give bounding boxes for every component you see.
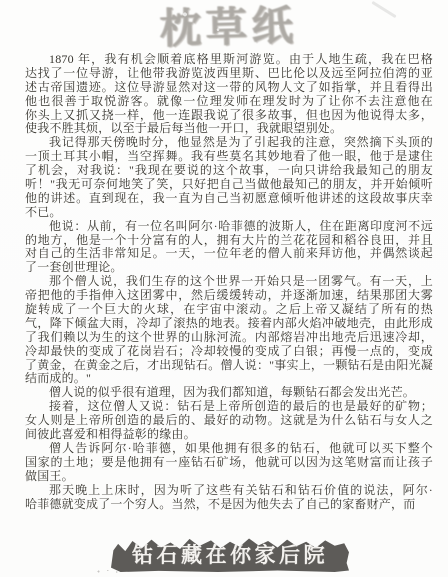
text-line: 他也很善于取悦游客。就像一位理发师在理发时为了让你不去注意他在 [25,95,433,109]
text-line: 述古帝国遗迹。这位导游显然对这一带的风物人文了如指掌，并且看得出 [25,81,433,95]
chapter-stamp-title: 枕草纸 [159,0,298,55]
text-line: 一顶土耳其小帽，当空挥舞。我有些莫名其妙地看了他一眼，他于是逮住 [25,150,433,164]
text-line: 做国王。 [25,470,433,484]
text-line: 了我们赖以为生的这个世界的山脉河流。内部熔岩冲出地壳后迅速冷却， [25,331,433,345]
text-line: 哈菲德就变成了一个穷人。当然，不是因为他失去了自己的家畜财产，而 [25,498,433,512]
text-line: 旋转成了一个巨大的火球，在宇宙中滚动。之后上帝又凝结了所有的热 [25,303,433,317]
text-line: 的地方，他是一个十分富有的人，拥有大片的兰花花园和稻谷良田，并且 [25,234,433,248]
text-line: 他说：从前，有一位名叫阿尔·哈菲德的波斯人，住在距离印度河不远 [25,220,433,234]
text-line: 达找了一位导游，让他带我游览波西里斯、巴比伦以及远至阿拉伯湾的亚 [25,67,433,81]
text-line: 接着，这位僧人又说：钻石是上帝所创造的最后的也是最好的矿物； [25,400,433,414]
text-line: 僧人说的似乎很有道理，因为我们都知道，每颗钻石都会发出光芒。 [25,386,433,400]
text-line: 了一套创世理论。 [25,261,433,275]
text-line: 对自己的生活非常知足。一天，一位年老的僧人前来拜访他，并偶然谈起 [25,247,433,261]
text-line: 他的讲述。直到现在，我一直为自己当初愿意倾听他讲述的这段故事庆幸 [25,192,433,206]
text-line: 僧人告诉阿尔·哈菲德，如果他拥有很多的钻石，他就可以买下整个 [25,442,433,456]
text-line: 那天晚上上床时，因为听了这些有关钻石和钻石价值的说法，阿尔· [25,484,433,498]
footer-banner: 钻石藏在你家后院 [111,536,349,572]
text-line: 不已。 [25,206,433,220]
text-line: 气，降下倾盆大雨，冷却了滚热的地表。接着内部火焰冲破地壳，由此形成 [25,317,433,331]
text-line: 女人则是上帝所创造的最后的、最好的动物。这就是为什么钻石与女人之 [25,414,433,428]
text-line: 你头上又抓又挠一样，他一连跟我说了很多故事，但也因为他说得太多， [25,109,433,123]
scan-smudge [371,1,396,18]
text-line: 使我不胜其烦，以至于最后每当他一开口，我就眼望别处。 [25,122,433,136]
text-line: 冷却最快的变成了花岗岩石；冷却较慢的变成了白银；再慢一点的，变成 [25,345,433,359]
footer-banner-title: 钻石藏在你家后院 [111,539,349,569]
text-line: 结而成的。" [25,372,433,386]
body-text: 1870 年，我有机会顺着底格里斯河游览。由于人地生疏，我在巴格达找了一位导游，… [25,53,433,511]
text-line: 了机会，对我说："我现在要说的这个故事，一向只讲给我最知己的朋友 [25,164,433,178]
text-line: 我记得那天傍晚时分，他显然是为了引起我的注意，突然摘下头顶的 [25,136,433,150]
text-line: 国家的土地；要是他拥有一座钻石矿场，他就可以因为这笔财富而让孩子 [25,456,433,470]
text-line: 1870 年，我有机会顺着底格里斯河游览。由于人地生疏，我在巴格 [25,53,433,67]
scan-specks [96,569,122,574]
book-page: 枕草纸 1870 年，我有机会顺着底格里斯河游览。由于人地生疏，我在巴格达找了一… [0,0,448,577]
text-line: 间彼此喜爱和相得益彰的缘由。 [25,428,433,442]
text-line: 那个僧人说，我们生存的这个世界一开始只是一团雾气。有一天，上 [25,275,433,289]
text-line: 听！"我无可奈何地笑了笑，只好把自己当做他最知己的朋友，并开始倾听 [25,178,433,192]
text-line: 帝把他的手指伸入这团雾中，然后缓缓转动，并逐渐加速，结果那团大雾 [25,289,433,303]
text-line: 了黄金，在黄金之后，才出现钻石。僧人说："事实上，一颗钻石是由阳光凝 [25,359,433,373]
